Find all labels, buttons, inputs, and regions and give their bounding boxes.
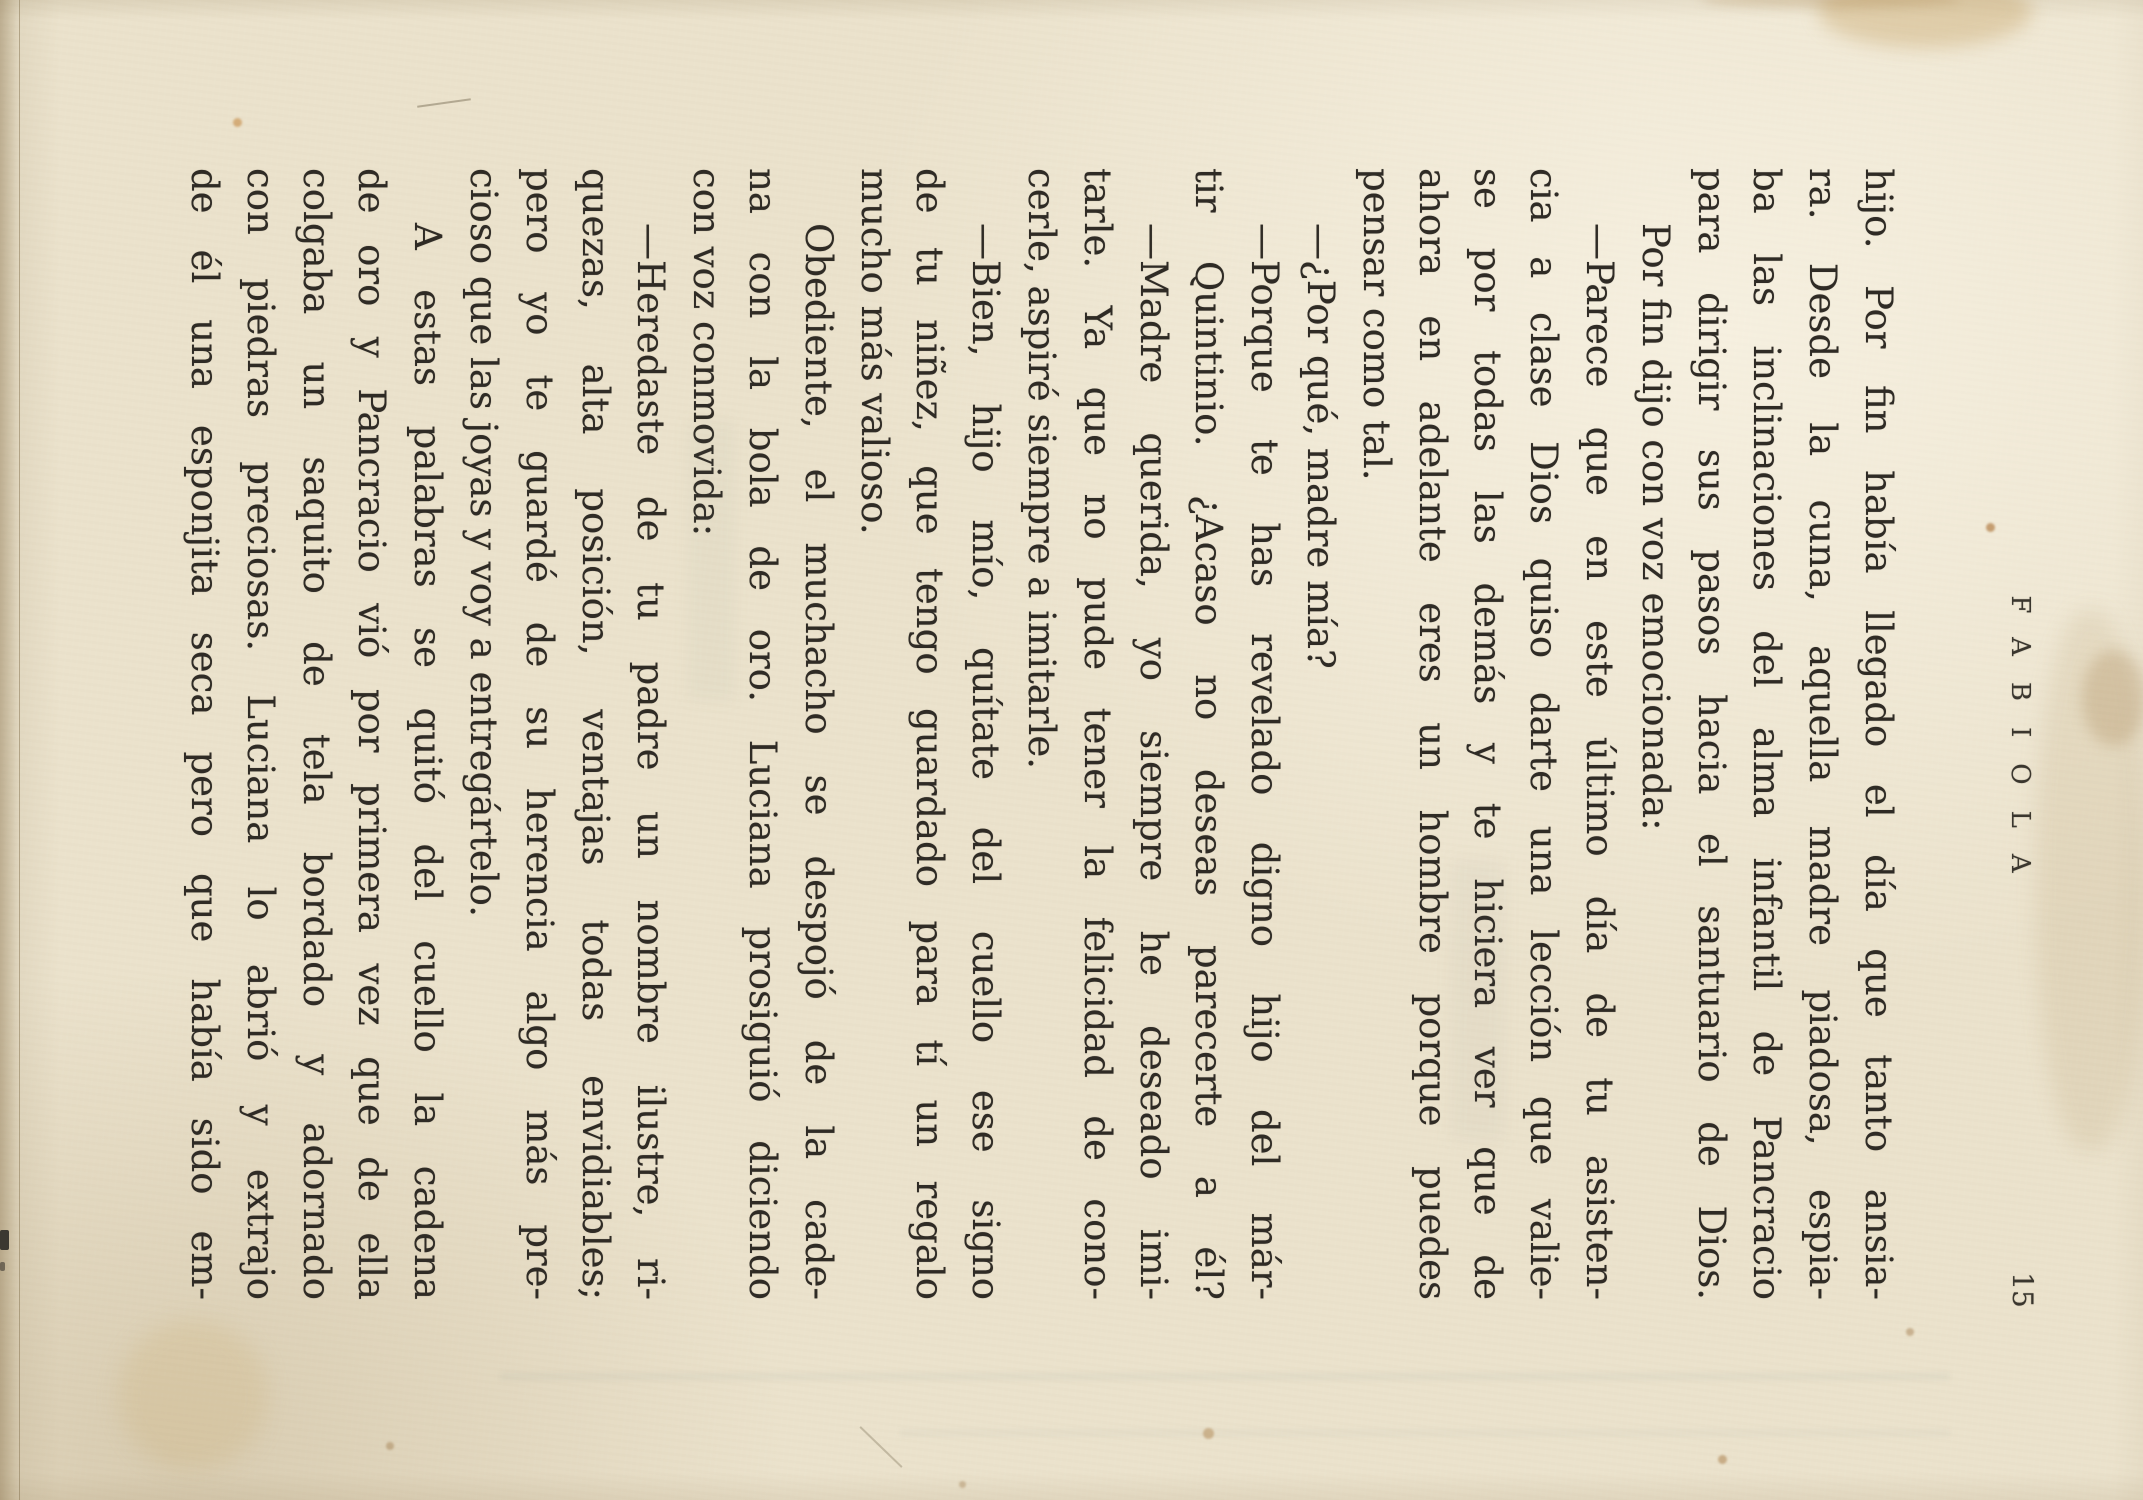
page-number: 15 bbox=[2005, 1230, 2039, 1350]
text-line: colgaba un saquito de tela bordado y ado… bbox=[288, 168, 344, 1300]
text-line: tarle. Ya que no pude tener la felicidad… bbox=[1069, 168, 1125, 1300]
text-line: Obediente, el muchacho se despojó de la … bbox=[790, 168, 846, 1300]
text-line: —Bien, hijo mío, quítate del cuello ese … bbox=[957, 168, 1013, 1300]
text-line: ahora en adelante eres un hombre porque … bbox=[1404, 168, 1460, 1300]
text-line: quezas, alta posición, ventajas todas en… bbox=[567, 168, 623, 1300]
text-line: ra. Desde la cuna, aquella madre piadosa… bbox=[1794, 168, 1850, 1300]
text-line: cerle, aspiré siempre a imitarle. bbox=[1013, 168, 1069, 1300]
text-line: se por todas las demás y te hiciera ver … bbox=[1460, 168, 1516, 1300]
text-line: mucho más valioso. bbox=[846, 168, 902, 1300]
text-line: pero yo te guardé de su herencia algo má… bbox=[511, 168, 567, 1300]
text-line: —Parece que en este último día de tu asi… bbox=[1571, 168, 1627, 1300]
text-line: A estas palabras se quitó del cuello la … bbox=[399, 168, 455, 1300]
text-block: hijo. Por fin había llegado el día que t… bbox=[176, 168, 1906, 1300]
text-line: de tu niñez, que tengo guardado para tí … bbox=[902, 168, 958, 1300]
text-line: con piedras preciosas. Luciana lo abrió … bbox=[232, 168, 288, 1300]
text-line: Por fin dijo con voz emocionada: bbox=[1627, 168, 1683, 1300]
text-line: con voz conmovida: bbox=[678, 168, 734, 1300]
text-line: —Heredaste de tu padre un nombre ilustre… bbox=[623, 168, 679, 1300]
text-line: de él una esponjita seca pero que había … bbox=[176, 168, 232, 1300]
book-page-rotated: FABIOLA 15 hijo. Por fin había llegado e… bbox=[0, 0, 2143, 1500]
text-line: de oro y Pancracio vió por primera vez q… bbox=[344, 168, 400, 1300]
text-line: pensar como tal. bbox=[1348, 168, 1404, 1300]
text-line: hijo. Por fin había llegado el día que t… bbox=[1850, 168, 1906, 1300]
text-line: na con la bola de oro. Luciana prosiguió… bbox=[734, 168, 790, 1300]
text-line: ba las inclinaciones del alma infantil d… bbox=[1739, 168, 1795, 1300]
text-line: cioso que las joyas y voy a entregártelo… bbox=[455, 168, 511, 1300]
scanned-book-page: FABIOLA 15 hijo. Por fin había llegado e… bbox=[0, 0, 2143, 1500]
text-line: —Madre querida, yo siempre he deseado im… bbox=[1125, 168, 1181, 1300]
text-line: cia a clase Dios quiso darte una lección… bbox=[1515, 168, 1571, 1300]
text-line: —Porque te has revelado digno hijo del m… bbox=[1236, 168, 1292, 1300]
text-line: para dirigir sus pasos hacia el santuari… bbox=[1683, 168, 1739, 1300]
running-head-title: FABIOLA bbox=[2003, 168, 2037, 1300]
text-line: —¿Por qué, madre mía? bbox=[1292, 168, 1348, 1300]
text-line: tir Quintinio. ¿Acaso no deseas parecert… bbox=[1181, 168, 1237, 1300]
